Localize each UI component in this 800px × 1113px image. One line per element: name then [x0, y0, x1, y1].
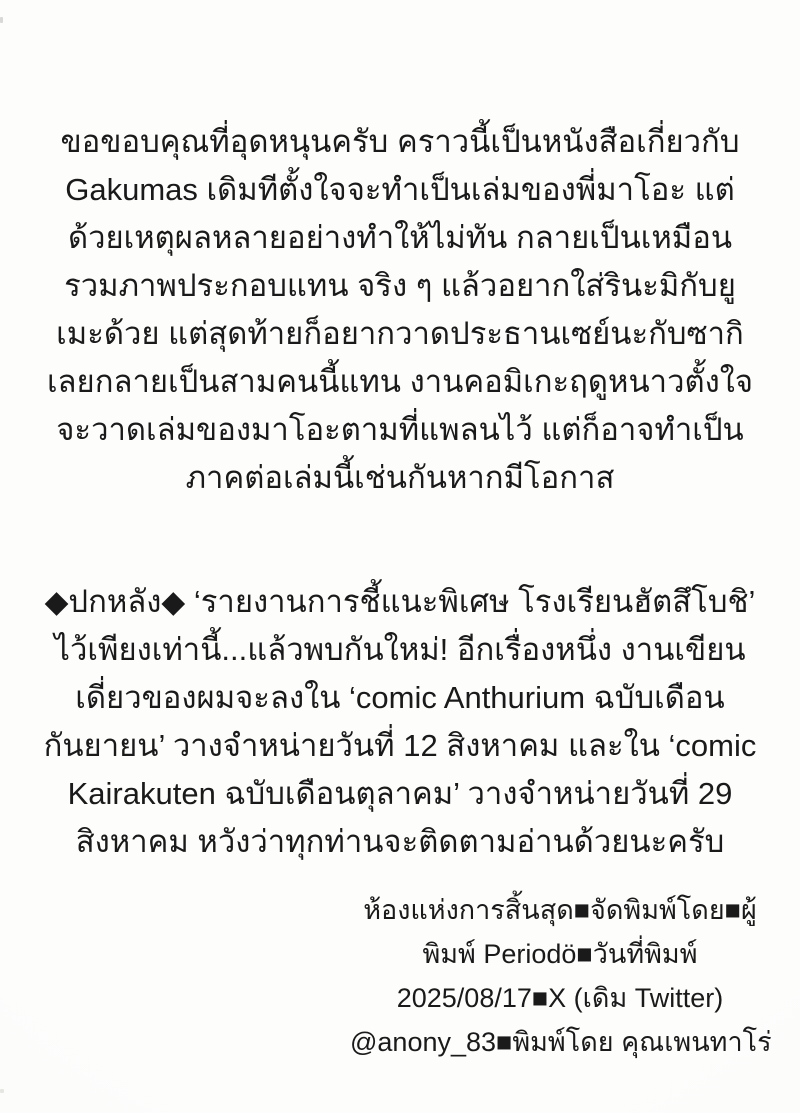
back-cover-note-paragraph: ◆ปกหลัง◆ ‘รายงานการชี้แนะพิเศษ โรงเรียนฮ…: [30, 578, 770, 866]
text-line: ด้วยเหตุผลหลายอย่างทำให้ไม่ทัน กลายเป็นเ…: [40, 214, 760, 262]
text-line: จะวาดเล่มของมาโอะตามที่แพลนไว้ แต่ก็อาจท…: [40, 406, 760, 454]
text-line: Kairakuten ฉบับเดือนตุลาคม’ วางจำหน่ายวั…: [30, 770, 770, 818]
text-line: เลยกลายเป็นสามคนนี้แทน งานคอมิเกะฤดูหนาว…: [40, 358, 760, 406]
text-line: ◆ปกหลัง◆ ‘รายงานการชี้แนะพิเศษ โรงเรียนฮ…: [30, 578, 770, 626]
text-line: เมะด้วย แต่สุดท้ายก็อยากวาดประธานเซย์นะก…: [40, 310, 760, 358]
text-line: ขอขอบคุณที่อุดหนุนครับ คราวนี้เป็นหนังสื…: [40, 118, 760, 166]
scan-artifact-speck: [0, 17, 3, 23]
scanned-page: ขอขอบคุณที่อุดหนุนครับ คราวนี้เป็นหนังสื…: [0, 0, 800, 1113]
colophon-block: ห้องแห่งการสิ้นสุด■จัดพิมพ์โดย■ผู้ พิมพ์…: [350, 888, 770, 1064]
text-line: ภาคต่อเล่มนี้เช่นกันหากมีโอกาส: [40, 454, 760, 502]
colophon-line: @anony_83■พิมพ์โดย คุณเพนทาโร่: [350, 1020, 770, 1064]
text-line: ไว้เพียงเท่านี้...แล้วพบกันใหม่! อีกเรื่…: [30, 626, 770, 674]
text-line: เดี่ยวของผมจะลงใน ‘comic Anthurium ฉบับเ…: [30, 674, 770, 722]
scan-artifact-speck: [0, 1089, 4, 1093]
text-line: Gakumas เดิมทีตั้งใจจะทำเป็นเล่มของพี่มา…: [40, 166, 760, 214]
afterword-paragraph: ขอขอบคุณที่อุดหนุนครับ คราวนี้เป็นหนังสื…: [40, 118, 760, 502]
colophon-line: พิมพ์ Periodö■วันที่พิมพ์: [350, 932, 770, 976]
colophon-line: ห้องแห่งการสิ้นสุด■จัดพิมพ์โดย■ผู้: [350, 888, 770, 932]
text-line: สิงหาคม หวังว่าทุกท่านจะติดตามอ่านด้วยนะ…: [30, 818, 770, 866]
colophon-line: 2025/08/17■X (เดิม Twitter): [350, 976, 770, 1020]
text-line: รวมภาพประกอบแทน จริง ๆ แล้วอยากใส่รินะมิ…: [40, 262, 760, 310]
text-line: กันยายน’ วางจำหน่ายวันที่ 12 สิงหาคม และ…: [30, 722, 770, 770]
